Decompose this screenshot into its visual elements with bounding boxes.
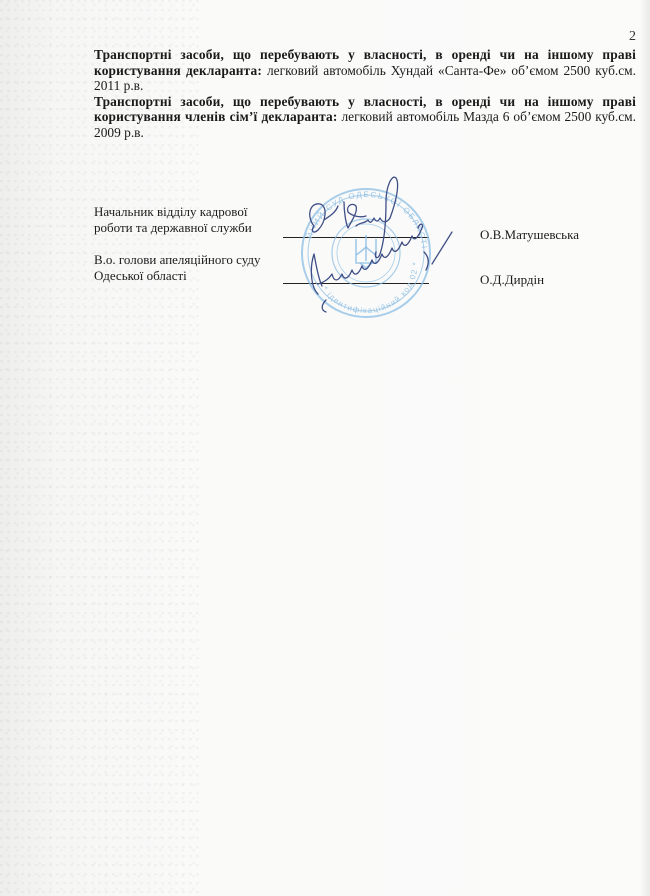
signatory-2-position-line2: Одеської області [94,268,261,284]
signatory-1-position-line2: роботи та державної служби [94,220,252,236]
signatory-2-position: В.о. голови апеляційного суду Одеської о… [94,252,261,283]
signatory-1-name: О.В.Матушевська [480,227,579,243]
signatory-1-position: Начальник відділу кадрової роботи та дер… [94,204,252,235]
document-page: 2 Транспортні засоби, що перебувають у в… [0,0,650,896]
signatory-1-position-line1: Начальник відділу кадрової [94,204,252,220]
vehicles-declarant-paragraph: Транспортні засоби, що перебувають у вла… [94,47,636,94]
signatory-2-name: О.Д.Дирдін [480,272,544,288]
handwritten-signature-2-icon [296,204,456,314]
vehicles-family-paragraph: Транспортні засоби, що перебувають у вла… [94,94,636,141]
page-number: 2 [629,29,636,45]
document-body: Транспортні засоби, що перебувають у вла… [94,47,636,141]
signatory-2-position-line1: В.о. голови апеляційного суду [94,252,261,268]
